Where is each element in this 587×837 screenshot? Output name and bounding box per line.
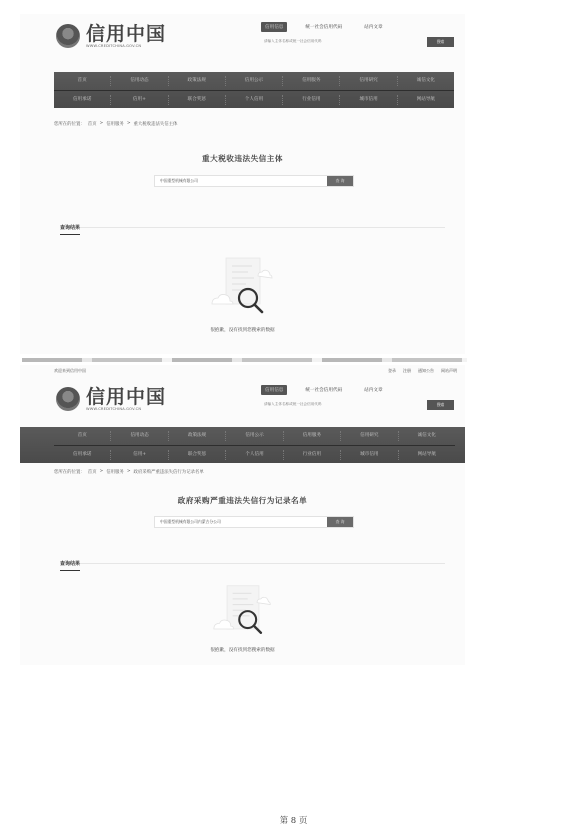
query-box: 查 询 xyxy=(154,175,354,187)
query-input[interactable] xyxy=(155,176,327,186)
screenshot-government-procurement: 欢迎来到信用中国 登录 注册 通知公告 网站声明 信用中国 WWW.CREDIT… xyxy=(20,365,465,665)
nav-item[interactable]: 信用服务 xyxy=(284,431,341,441)
page-number: 第 8 页 xyxy=(0,814,587,826)
tab-credit-code[interactable]: 统一社会信用代码 xyxy=(301,22,346,32)
search-tabs: 信用信息 统一社会信用代码 站内文章 xyxy=(261,22,387,32)
nav-row-1: 首页 信用动态 政策法规 信用公示 信用服务 信用研究 诚信文化 xyxy=(54,72,454,90)
top-links: 登录 注册 通知公告 网站声明 xyxy=(388,368,457,374)
tab-credit-info[interactable]: 信用信息 xyxy=(261,22,287,32)
notice-link[interactable]: 通知公告 xyxy=(418,368,434,374)
page-title: 政府采购严重违法失信行为记录名单 xyxy=(20,495,465,506)
nav-item[interactable]: 个人信用 xyxy=(226,95,283,105)
empty-state: 很抱歉，没有找到您搜索的数据 xyxy=(20,254,465,333)
breadcrumb-separator: > xyxy=(127,469,131,475)
logo-url: WWW.CREDITCHINA.GOV.CN xyxy=(86,407,166,411)
nav-row-2: 信用承诺 信用+ 联合奖惩 个人信用 行业信用 城市信用 网站导航 xyxy=(54,90,454,108)
scan-artifact-line xyxy=(22,358,467,362)
main-nav: 首页 信用动态 政策法规 信用公示 信用服务 信用研究 诚信文化 信用承诺 信用… xyxy=(54,72,454,108)
breadcrumb-separator: > xyxy=(127,121,131,127)
tab-credit-code[interactable]: 统一社会信用代码 xyxy=(301,385,346,395)
tab-site-articles[interactable]: 站内文章 xyxy=(360,22,386,32)
breadcrumb-home[interactable]: 首页 xyxy=(88,469,97,475)
no-results-illustration-icon xyxy=(208,254,278,324)
logo-title: 信用中国 xyxy=(86,387,166,407)
nav-item[interactable]: 信用承诺 xyxy=(54,95,111,105)
national-emblem-icon xyxy=(56,387,80,411)
breadcrumb-separator: > xyxy=(100,469,104,475)
results-heading: 查询结果 xyxy=(60,224,80,235)
query-button[interactable]: 查 询 xyxy=(327,517,353,527)
site-search-button[interactable]: 搜索 xyxy=(427,400,454,410)
page-title: 重大税收违法失信主体 xyxy=(20,153,465,164)
breadcrumb-label: 您所在的位置： xyxy=(54,469,85,475)
nav-item[interactable]: 信用公示 xyxy=(226,431,283,441)
breadcrumb-separator: > xyxy=(100,121,104,127)
nav-item[interactable]: 首页 xyxy=(54,431,111,441)
site-search-input[interactable] xyxy=(264,402,414,406)
results-header: 查询结果 xyxy=(60,550,445,564)
national-emblem-icon xyxy=(56,24,80,48)
tab-credit-info[interactable]: 信用信息 xyxy=(261,385,287,395)
nav-item[interactable]: 诚信文化 xyxy=(398,76,454,86)
screenshot-tax-violation: 信用中国 WWW.CREDITCHINA.GOV.CN 信用信息 统一社会信用代… xyxy=(20,14,465,354)
nav-item[interactable]: 联合奖惩 xyxy=(169,95,226,105)
welcome-text: 欢迎来到信用中国 xyxy=(54,368,86,374)
tab-site-articles[interactable]: 站内文章 xyxy=(360,385,386,395)
nav-item[interactable]: 城市信用 xyxy=(341,450,398,460)
empty-message: 很抱歉，没有找到您搜索的数据 xyxy=(20,647,465,653)
nav-item[interactable]: 行业信用 xyxy=(283,95,340,105)
results-header: 查询结果 xyxy=(60,214,445,228)
nav-item[interactable]: 诚信文化 xyxy=(399,431,455,441)
main-nav: 首页 信用动态 政策法规 信用公示 信用服务 信用研究 诚信文化 信用承诺 信用… xyxy=(20,427,465,463)
no-results-illustration-icon xyxy=(208,582,278,644)
nav-item[interactable]: 政策法规 xyxy=(169,76,226,86)
results-heading: 查询结果 xyxy=(60,560,80,571)
nav-item[interactable]: 信用服务 xyxy=(283,76,340,86)
breadcrumb: 您所在的位置： 首页 > 信用服务 > 政府采购严重违法失信行为记录名单 xyxy=(54,469,204,475)
breadcrumb-home[interactable]: 首页 xyxy=(88,121,97,127)
nav-item[interactable]: 城市信用 xyxy=(340,95,397,105)
search-tabs: 信用信息 统一社会信用代码 站内文章 xyxy=(261,385,387,395)
site-search-button[interactable]: 搜索 xyxy=(427,37,454,47)
site-search-input[interactable] xyxy=(264,39,414,43)
logo-title: 信用中国 xyxy=(86,24,166,44)
empty-state: 很抱歉，没有找到您搜索的数据 xyxy=(20,582,465,653)
query-button[interactable]: 查 询 xyxy=(327,176,353,186)
nav-item[interactable]: 首页 xyxy=(54,76,111,86)
nav-row-2: 信用承诺 信用+ 联合奖惩 个人信用 行业信用 城市信用 网站导航 xyxy=(54,445,455,463)
query-box: 查 询 xyxy=(154,516,354,528)
empty-message: 很抱歉，没有找到您搜索的数据 xyxy=(20,327,465,333)
statement-link[interactable]: 网站声明 xyxy=(441,368,457,374)
nav-item[interactable]: 联合奖惩 xyxy=(169,450,226,460)
breadcrumb-label: 您所在的位置： xyxy=(54,121,85,127)
breadcrumb-credit-service[interactable]: 信用服务 xyxy=(106,121,124,127)
login-link[interactable]: 登录 xyxy=(388,368,396,374)
nav-item[interactable]: 信用+ xyxy=(111,450,168,460)
nav-item[interactable]: 个人信用 xyxy=(226,450,283,460)
site-logo[interactable]: 信用中国 WWW.CREDITCHINA.GOV.CN xyxy=(56,387,166,411)
breadcrumb: 您所在的位置： 首页 > 信用服务 > 重大税收违法失信主体 xyxy=(54,121,177,127)
logo-url: WWW.CREDITCHINA.GOV.CN xyxy=(86,44,166,48)
nav-item[interactable]: 行业信用 xyxy=(284,450,341,460)
nav-row-1: 首页 信用动态 政策法规 信用公示 信用服务 信用研究 诚信文化 xyxy=(54,427,455,445)
nav-item[interactable]: 信用研究 xyxy=(341,431,398,441)
site-header: 信用中国 WWW.CREDITCHINA.GOV.CN 信用信息 统一社会信用代… xyxy=(20,14,465,58)
nav-item[interactable]: 信用承诺 xyxy=(54,450,111,460)
breadcrumb-current: 政府采购严重违法失信行为记录名单 xyxy=(134,469,204,475)
nav-item[interactable]: 信用动态 xyxy=(111,431,168,441)
nav-item[interactable]: 信用公示 xyxy=(226,76,283,86)
nav-item[interactable]: 网站导航 xyxy=(399,450,455,460)
register-link[interactable]: 注册 xyxy=(403,368,411,374)
nav-item[interactable]: 信用+ xyxy=(111,95,168,105)
nav-item[interactable]: 信用研究 xyxy=(340,76,397,86)
nav-item[interactable]: 政策法规 xyxy=(169,431,226,441)
nav-item[interactable]: 网站导航 xyxy=(398,95,454,105)
breadcrumb-current: 重大税收违法失信主体 xyxy=(134,121,178,127)
query-input[interactable] xyxy=(155,517,327,527)
breadcrumb-credit-service[interactable]: 信用服务 xyxy=(106,469,124,475)
site-header: 信用中国 WWW.CREDITCHINA.GOV.CN 信用信息 统一社会信用代… xyxy=(20,377,465,421)
site-logo[interactable]: 信用中国 WWW.CREDITCHINA.GOV.CN xyxy=(56,24,166,48)
nav-item[interactable]: 信用动态 xyxy=(111,76,168,86)
